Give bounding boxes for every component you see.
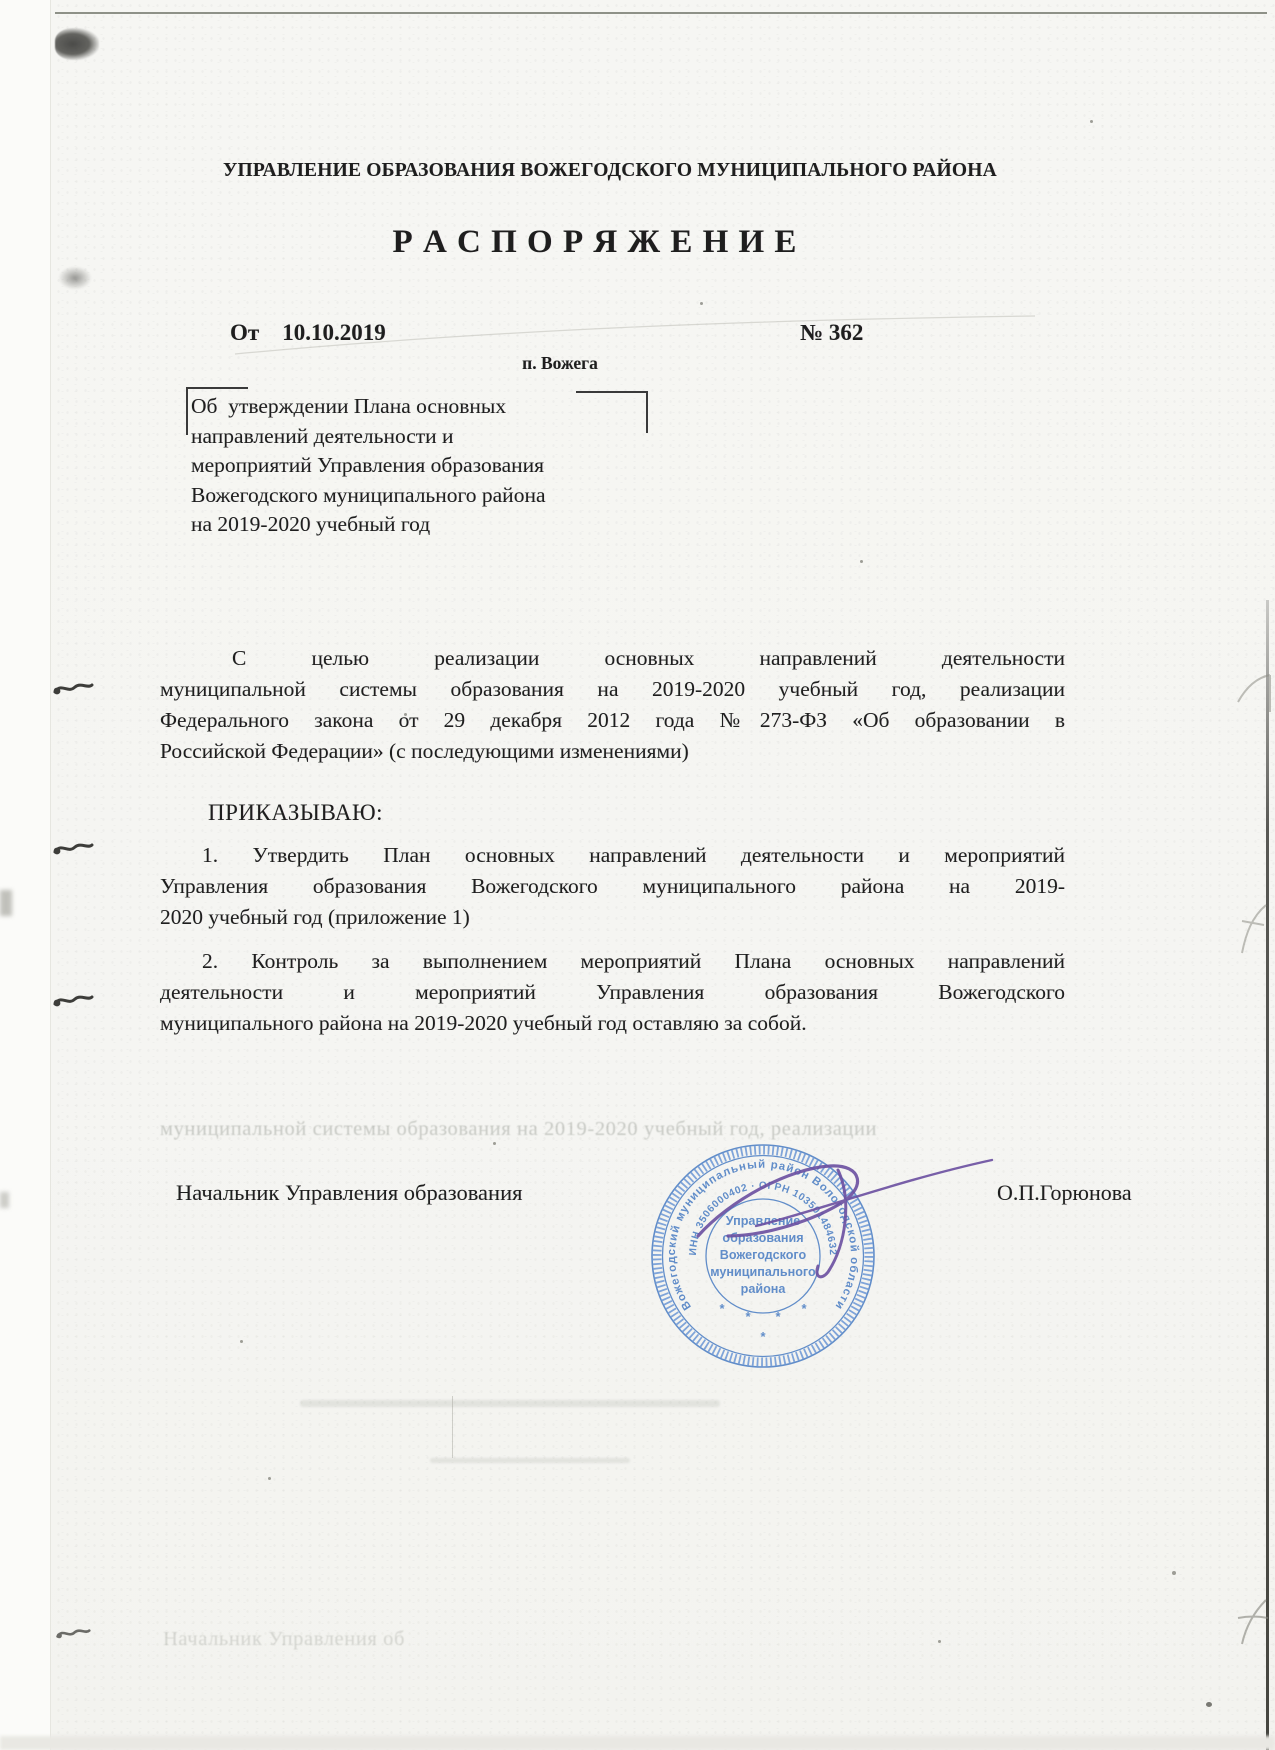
edge-crease-mark [1236, 1598, 1270, 1646]
pencil-scratch [230, 310, 1040, 360]
subject-line: направлений деятельности и [191, 422, 671, 452]
organization-header: УПРАВЛЕНИЕ ОБРАЗОВАНИЯ ВОЖЕГОДСКОГО МУНИ… [160, 160, 1060, 182]
signatory-name: О.П.Горюнова [997, 1180, 1132, 1206]
preamble-line: муниципальной системы образования на 201… [160, 674, 1065, 705]
margin-mark-stroke [55, 997, 92, 1004]
order-item-line: Управления образования Вожегодского муни… [160, 871, 1065, 902]
dust-speck [700, 302, 703, 305]
dust-speck [938, 1640, 941, 1643]
scan-bottom-shadow [0, 1736, 1275, 1750]
dust-speck [268, 1477, 271, 1480]
handwritten-signature [680, 1140, 1010, 1290]
order-item-line: деятельности и мероприятий Управления об… [160, 977, 1065, 1008]
dust-speck [1090, 120, 1093, 123]
subject-line: мероприятий Управления образования [191, 451, 671, 481]
margin-mark-stroke [55, 685, 92, 692]
preamble-paragraph: С целью реализации основных направлений … [160, 643, 1065, 767]
margin-mark-blot [54, 1000, 61, 1007]
margin-mark-blot [57, 1633, 62, 1638]
stamp-star-icon: * [801, 1301, 807, 1316]
bleed-through-text: Начальник Управления об [163, 1628, 405, 1651]
order-item-line: муниципального района на 2019-2020 учебн… [160, 1008, 1065, 1039]
stamp-star-icon: * [775, 1309, 781, 1324]
preamble-line: С целью реализации основных направлений … [160, 643, 1065, 674]
dust-speck [1206, 1702, 1212, 1707]
signature-descender-stroke [817, 1170, 846, 1277]
dust-speck [404, 713, 407, 716]
margin-mark-stroke [58, 1631, 90, 1637]
dust-speck [493, 1142, 496, 1145]
order-item-1: 1. Утвердить План основных направлений д… [160, 840, 1065, 933]
margin-mark-stroke [55, 845, 92, 852]
stamp-star-icon: * [719, 1301, 725, 1316]
order-item-line: 2. Контроль за выполнением мероприятий П… [160, 946, 1065, 977]
margin-mark [52, 678, 94, 700]
margin-mark [52, 990, 94, 1012]
subject-line: Вожегодского муниципального района [191, 481, 671, 511]
order-word: ПРИКАЗЫВАЮ: [208, 800, 383, 826]
scratch-stroke [235, 316, 1035, 354]
subject-line: Об утверждении Плана основных [191, 392, 671, 422]
scan-edge-smudge [0, 890, 12, 916]
dust-speck [860, 560, 863, 563]
scan-edge-smudge [0, 1192, 9, 1208]
stamp-stars: * * * * * [719, 1301, 807, 1344]
order-item-line: 2020 учебный год (приложение 1) [160, 902, 1065, 933]
order-item-line: 1. Утвердить План основных направлений д… [160, 840, 1065, 871]
edge-crease-mark [1236, 672, 1272, 716]
bleed-through-smudge [430, 1458, 630, 1463]
subject-block: Об утверждении Плана основныхнаправлений… [191, 392, 671, 540]
crease-stroke [1238, 675, 1270, 712]
ink-smudge [58, 266, 92, 290]
scan-top-edge-line [55, 12, 1267, 14]
scan-scratch [452, 1396, 453, 1458]
scan-right-edge-line [1266, 600, 1269, 1750]
preamble-line: Федерального закона от 29 декабря 2012 г… [160, 705, 1065, 736]
signature-flourish-stroke [756, 1160, 992, 1226]
signatory-title: Начальник Управления образования [176, 1180, 522, 1206]
signature-loop-stroke [698, 1166, 858, 1236]
bleed-through-text: муниципальной системы образования на 201… [160, 1118, 877, 1141]
crease-stroke [1238, 1600, 1268, 1644]
margin-mark [55, 1624, 91, 1644]
stamp-star-icon: * [760, 1329, 766, 1344]
ink-smudge [55, 28, 99, 60]
document-type-title: Р А С П О Р Я Ж Е Н И Е [150, 224, 1040, 261]
dust-speck [240, 1340, 243, 1343]
edge-crease-mark [1238, 903, 1270, 955]
scan-left-margin [0, 0, 51, 1750]
preamble-line: Российской Федерации» (с последующими из… [160, 736, 1065, 767]
margin-mark [52, 838, 94, 860]
crease-stroke [1242, 905, 1266, 953]
subject-line: на 2019-2020 учебный год [191, 510, 671, 540]
dust-speck [1172, 1571, 1176, 1575]
scanned-document-page: УПРАВЛЕНИЕ ОБРАЗОВАНИЯ ВОЖЕГОДСКОГО МУНИ… [0, 0, 1275, 1750]
margin-mark-blot [54, 848, 61, 855]
bleed-through-smudge [300, 1400, 720, 1407]
order-item-2: 2. Контроль за выполнением мероприятий П… [160, 946, 1065, 1039]
margin-mark-blot [54, 688, 61, 695]
